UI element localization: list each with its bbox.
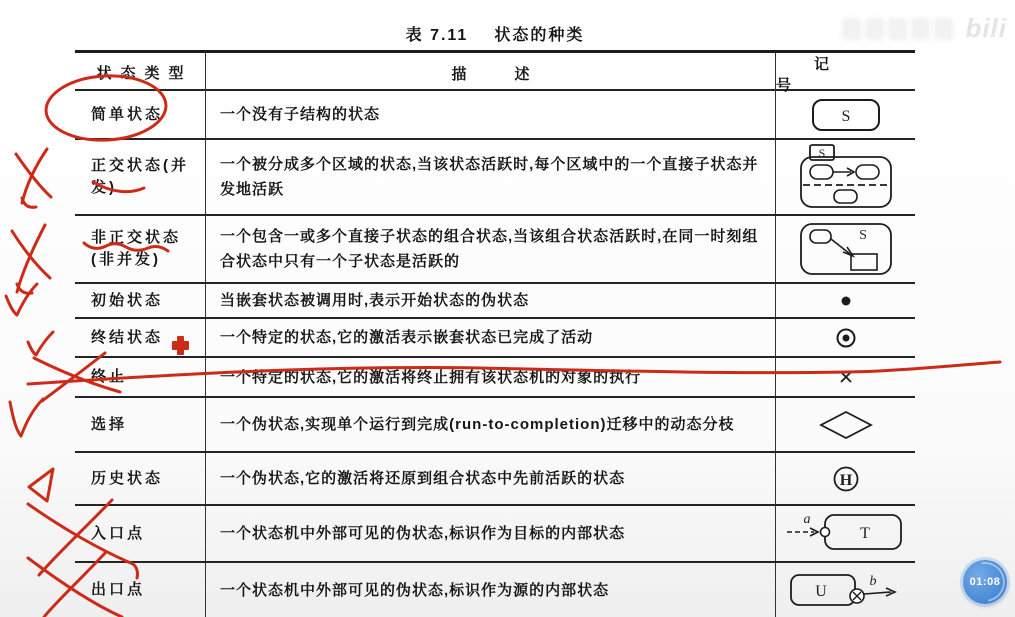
table-row: 出口点 一个状态机中外部可见的伪状态,标识作为源的内部状态 U b <box>75 563 915 617</box>
terminate-cross <box>775 358 915 396</box>
table-header-row: 状态类型 描述 记号 <box>75 53 915 91</box>
description-text: 一个包含一或多个直接子状态的组合状态,当该组合状态活跃时,在同一时刻组合状态中只… <box>220 224 763 274</box>
table-number: 表 7.11 <box>406 27 469 44</box>
state-description: 一个特定的状态,它的激活表示嵌套状态已完成了活动 <box>205 319 775 356</box>
description-text: 一个状态机中外部可见的伪状态,标识作为目标的内部状态 <box>220 521 625 546</box>
state-description: 当嵌套状态被调用时,表示开始状态的伪状态 <box>205 284 775 317</box>
svg-text:S: S <box>841 108 850 125</box>
description-text: 当嵌套状态被调用时,表示开始状态的伪状态 <box>220 288 529 313</box>
red-check-final-state <box>28 332 53 355</box>
entry-point-symbol: a T <box>775 506 915 561</box>
svg-text:a: a <box>803 512 810 527</box>
simple-state-symbol: S <box>775 91 915 138</box>
choice-diamond <box>775 398 915 451</box>
state-description: 一个伪状态,它的激活将还原到组合状态中先前活跃的状态 <box>205 453 775 504</box>
red-x-check-non-orthogonal <box>17 284 32 293</box>
svg-text:S: S <box>859 228 867 243</box>
table-row: 终结状态 一个特定的状态,它的激活表示嵌套状态已完成了活动 <box>75 319 915 358</box>
table-row: 非正交状态 (非并发) 一个包含一或多个直接子状态的组合状态,当该组合状态活跃时… <box>75 216 915 284</box>
state-type: 简单状态 <box>75 91 205 138</box>
state-type: 终结状态 <box>75 319 205 356</box>
header-description: 描述 <box>205 53 775 95</box>
header-notation: 记号 <box>775 53 915 95</box>
description-text: 一个伪状态,它的激活将还原到组合状态中先前活跃的状态 <box>220 466 625 491</box>
svg-text:H: H <box>839 472 852 489</box>
state-description: 一个伪状态,实现单个运行到完成(run-to-completion)迁移中的动态… <box>205 398 775 451</box>
exit-point-symbol: U b <box>775 563 915 617</box>
svg-text:T: T <box>860 525 870 542</box>
state-type: 入口点 <box>75 506 205 561</box>
video-watermark: bili <box>840 13 1007 44</box>
state-type: 正交状态(并 发) <box>75 140 205 214</box>
table-row: 简单状态 一个没有子结构的状态 S <box>75 91 915 140</box>
history-state-symbol: H <box>775 453 915 504</box>
table-row: 入口点 一个状态机中外部可见的伪状态,标识作为目标的内部状态 a T <box>75 506 915 563</box>
header-state-type: 状态类型 <box>75 53 205 95</box>
states-table: 状态类型 描述 记号 简单状态 一个没有子结构的状态 S 正交状态(并 发) 一… <box>75 50 915 617</box>
state-description: 一个状态机中外部可见的伪状态,标识作为源的内部状态 <box>205 563 775 617</box>
bilibili-logo-icon: bili <box>965 13 1007 44</box>
red-x-check-non-orthogonal <box>12 231 50 278</box>
red-x-check-orthogonal <box>22 149 47 203</box>
non-orthogonal-state-symbol: S <box>775 216 915 282</box>
watermark-glyph-blob <box>865 18 884 40</box>
orthogonal-state-symbol: S <box>775 140 915 214</box>
video-timestamp-badge: 01:08 <box>963 560 1007 604</box>
table-caption: 表 7.11状态的种类 <box>75 22 915 45</box>
table-title: 状态的种类 <box>494 27 584 44</box>
red-triangle-history <box>29 469 53 501</box>
state-description: 一个被分成多个区域的状态,当该状态活跃时,每个区域中的一个直接子状态并发地活跃 <box>205 140 775 214</box>
state-description: 一个特定的状态,它的激活将终止拥有该状态机的对象的执行 <box>205 358 775 396</box>
state-type: 历史状态 <box>75 453 205 504</box>
initial-pseudostate-dot <box>775 284 915 317</box>
state-description: 一个包含一或多个直接子状态的组合状态,当该组合状态活跃时,在同一时刻组合状态中只… <box>205 216 775 282</box>
description-text: 一个状态机中外部可见的伪状态,标识作为源的内部状态 <box>220 578 609 603</box>
description-text: 一个特定的状态,它的激活将终止拥有该状态机的对象的执行 <box>220 365 641 390</box>
watermark-glyph-blob <box>911 18 930 40</box>
table-row: 选择 一个伪状态,实现单个运行到完成(run-to-completion)迁移中… <box>75 398 915 453</box>
state-description: 一个状态机中外部可见的伪状态,标识作为目标的内部状态 <box>205 506 775 561</box>
svg-text:b: b <box>869 574 876 589</box>
state-type: 出口点 <box>75 563 205 617</box>
red-x-check-non-orthogonal <box>17 225 45 292</box>
state-type: 非正交状态 (非并发) <box>75 216 205 282</box>
description-text: 一个被分成多个区域的状态,当该状态活跃时,每个区域中的一个直接子状态并发地活跃 <box>220 152 763 202</box>
timestamp-text: 01:08 <box>970 576 1001 588</box>
description-text: 一个没有子结构的状态 <box>220 102 380 127</box>
table-row: 终止 一个特定的状态,它的激活将终止拥有该状态机的对象的执行 <box>75 358 915 398</box>
state-description: 一个没有子结构的状态 <box>205 91 775 138</box>
watermark-glyph-blob <box>888 18 907 40</box>
table-row: 历史状态 一个伪状态,它的激活将还原到组合状态中先前活跃的状态 H <box>75 453 915 506</box>
state-type: 初始状态 <box>75 284 205 317</box>
red-check-initial-state <box>6 284 37 315</box>
red-check-choice <box>10 399 43 436</box>
watermark-glyph-blob <box>842 18 861 40</box>
svg-text:U: U <box>815 583 827 600</box>
watermark-glyph-blob <box>934 18 953 40</box>
description-text: 一个特定的状态,它的激活表示嵌套状态已完成了活动 <box>220 325 593 350</box>
table-row: 初始状态 当嵌套状态被调用时,表示开始状态的伪状态 <box>75 284 915 319</box>
final-state-symbol <box>775 319 915 356</box>
state-type: 选择 <box>75 398 205 451</box>
red-x-check-orthogonal <box>16 154 51 197</box>
description-text: 一个伪状态,实现单个运行到完成(run-to-completion)迁移中的动态… <box>220 412 734 437</box>
red-x-check-orthogonal <box>22 198 36 207</box>
table-row: 正交状态(并 发) 一个被分成多个区域的状态,当该状态活跃时,每个区域中的一个直… <box>75 140 915 216</box>
state-type: 终止 <box>75 358 205 396</box>
